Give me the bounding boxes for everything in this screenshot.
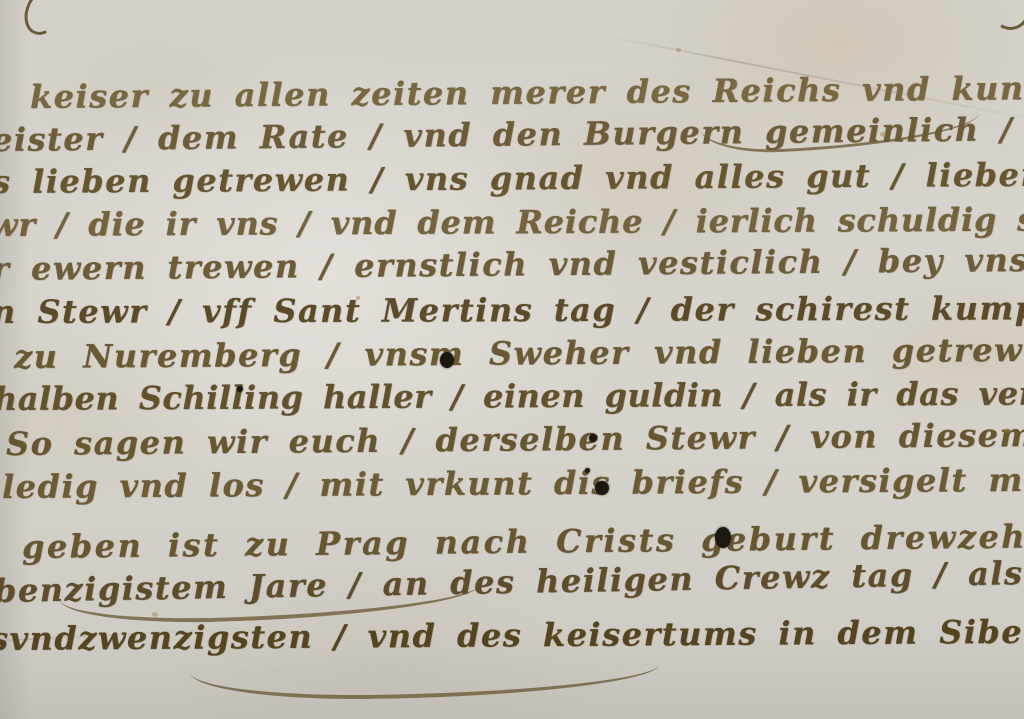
stain-speck — [1004, 428, 1010, 433]
manuscript-line: n Stewr / vff Sant Mertins tag / der sch… — [0, 289, 1024, 331]
parchment-hole — [589, 434, 597, 442]
flourish-stroke — [190, 664, 660, 702]
manuscript-line: So sagen wir euch / derselben Stewr / vo… — [6, 415, 1024, 463]
parchment-hole — [237, 386, 243, 392]
manuscript-line: zu Nuremberg / vnsm Sweher vnd lieben ge… — [14, 330, 1024, 376]
manuscript-line: ledig vnd los / mit vrkunt dis briefs / … — [2, 461, 1024, 506]
parchment-hole — [440, 352, 454, 368]
parchment-hole — [595, 481, 609, 495]
stain-speck — [356, 296, 360, 300]
stain-speck — [152, 612, 158, 617]
manuscript-line: svndzwenzigsten / vnd des keisertums in … — [0, 613, 1024, 658]
parchment-hole — [585, 468, 590, 473]
manuscript-line: r ewern trewen / ernstlich vnd vesticlic… — [0, 241, 1024, 288]
manuscript-line: keiser zu allen zeiten merer des Reichs … — [30, 69, 1024, 116]
parchment-page: keiser zu allen zeiten merer des Reichs … — [0, 0, 1024, 719]
manuscript-line: s lieben getrewen / vns gnad vnd alles g… — [0, 156, 1024, 201]
manuscript-line: wr / die ir vns / vnd dem Reiche / ierli… — [0, 200, 1024, 244]
stain-speck — [880, 132, 887, 137]
manuscript-line: eister / dem Rate / vnd den Burgern geme… — [0, 109, 1024, 159]
manuscript-line: halben Schilling haller / einen guldin /… — [0, 374, 1024, 418]
parchment-hole — [715, 527, 731, 548]
stain-speck — [676, 48, 681, 52]
cutoff-pen-stroke — [17, 0, 71, 41]
cutoff-pen-stroke — [985, 0, 1024, 34]
